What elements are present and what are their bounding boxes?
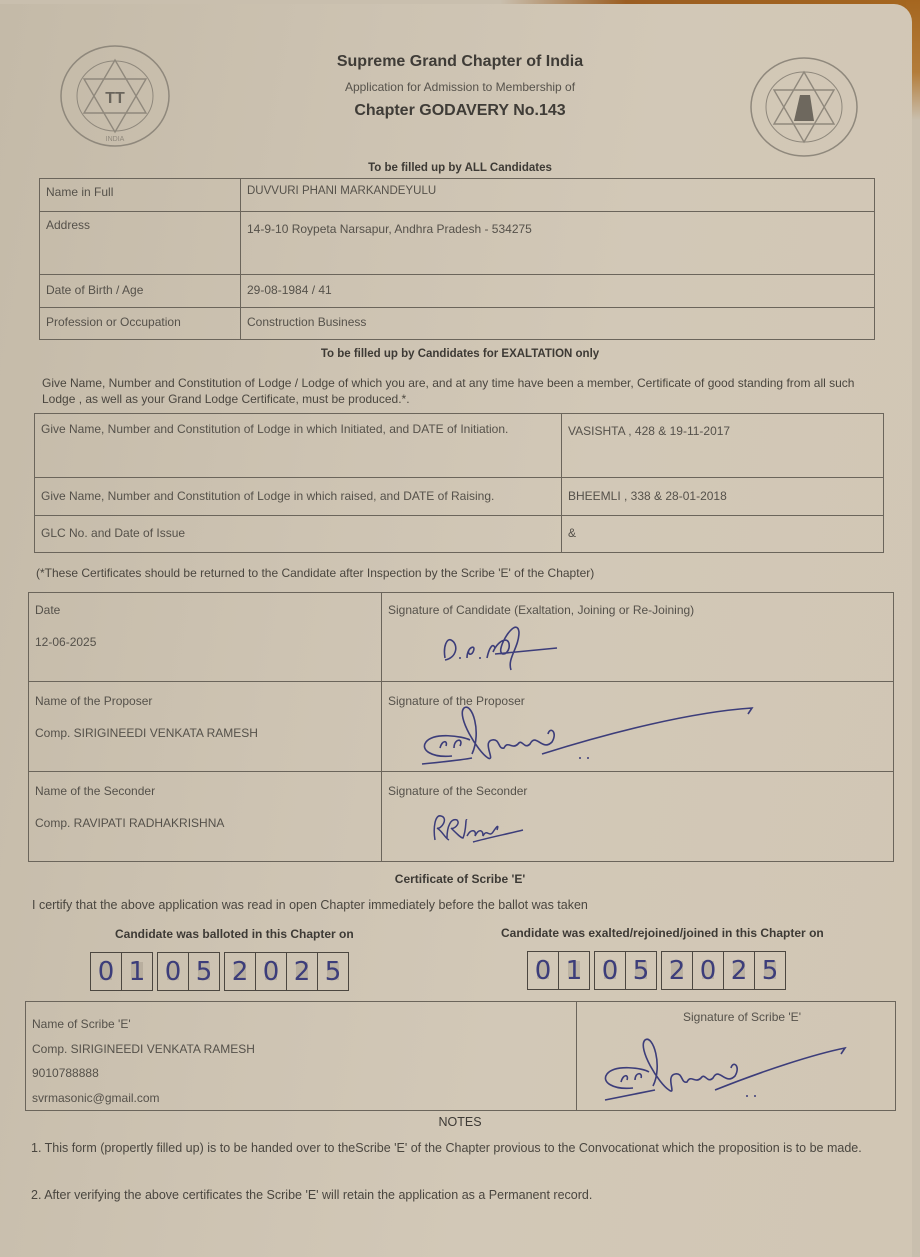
field-label: Name of the Proposer [35,694,375,708]
date-digit: 2 [286,953,317,990]
date-digit: 0 [692,952,723,989]
table-row: Date of Birth / Age 29-08-1984 / 41 [40,275,875,308]
exalted-month[interactable]: 0 5 [594,951,657,990]
note-item-1: 1. This form (propertly filled up) is to… [31,1137,897,1159]
certificate-statement: I certify that the above application was… [32,897,882,913]
field-label: Signature of Scribe 'E' [583,1010,889,1024]
field-label: Name of Scribe 'E' [32,1012,570,1037]
candidate-signature-cell: Signature of Candidate (Exaltation, Join… [382,593,894,682]
table-row: GLC No. and Date of Issue & [35,516,884,553]
field-label: Date of Birth / Age [40,275,241,308]
balloted-label: Candidate was balloted in this Chapter o… [115,927,354,941]
field-label: Signature of Candidate (Exaltation, Join… [388,603,887,617]
balloted-date-boxes: 0 1 0 5 2 0 2 5 [90,952,349,991]
date-digit: 5 [317,953,348,990]
candidate-details-table: Name in Full DUVVURI PHANI MARKANDEYULU … [39,178,875,340]
exaltation-instruction: Give Name, Number and Constitution of Lo… [42,375,882,407]
proposer-cell: Name of the Proposer Comp. SIRIGINEEDI V… [29,682,382,772]
certificate-heading: Certificate of Scribe 'E' [0,872,920,886]
scribe-details-cell: Name of Scribe 'E' Comp. SIRIGINEEDI VEN… [26,1002,577,1111]
field-label: Give Name, Number and Constitution of Lo… [35,478,562,516]
note-item-2: 2. After verifying the above certificate… [31,1187,897,1203]
lodge-details-table: Give Name, Number and Constitution of Lo… [34,413,884,553]
form-subtitle: Application for Admission to Membership … [0,80,920,94]
scribe-phone-value[interactable]: 9010788888 [32,1061,570,1086]
field-label: Name of the Seconder [35,784,375,798]
date-digit: 0 [158,953,188,990]
date-digit: 2 [723,952,754,989]
date-cell: Date 12-06-2025 [29,593,382,682]
section-heading-exaltation: To be filled up by Candidates for EXALTA… [0,348,920,360]
field-label: Give Name, Number and Constitution of Lo… [35,414,562,478]
table-row: Name of Scribe 'E' Comp. SIRIGINEEDI VEN… [26,1002,896,1111]
seconder-cell: Name of the Seconder Comp. RAVIPATI RADH… [29,772,382,862]
field-label: GLC No. and Date of Issue [35,516,562,553]
name-value[interactable]: DUVVURI PHANI MARKANDEYULU [241,179,875,212]
date-digit: 1 [558,952,589,989]
candidate-signature [437,618,567,673]
table-row: Profession or Occupation Construction Bu… [40,308,875,340]
balloted-year[interactable]: 2 0 2 5 [224,952,349,991]
table-row: Address 14-9-10 Roypeta Narsapur, Andhra… [40,212,875,275]
field-label: Address [40,212,241,275]
raising-value[interactable]: BHEEMLI , 338 & 28-01-2018 [562,478,884,516]
table-row: Name of the Proposer Comp. SIRIGINEEDI V… [29,682,894,772]
chapter-title: Chapter GODAVERY No.143 [0,102,920,120]
proposer-signature [412,692,762,772]
seconder-name-value[interactable]: Comp. RAVIPATI RADHAKRISHNA [35,816,375,830]
seconder-signature-cell: Signature of the Seconder [382,772,894,862]
field-label: Date [35,603,375,617]
dob-age-value[interactable]: 29-08-1984 / 41 [241,275,875,308]
field-label: Profession or Occupation [40,308,241,340]
certificates-footnote: (*These Certificates should be returned … [36,565,886,581]
scribe-table: Name of Scribe 'E' Comp. SIRIGINEEDI VEN… [25,1001,896,1111]
date-digit: 0 [91,953,121,990]
initiation-value[interactable]: VASISHTA , 428 & 19-11-2017 [562,414,884,478]
proposer-signature-cell: Signature of the Proposer [382,682,894,772]
scribe-email-value[interactable]: svrmasonic@gmail.com [32,1086,570,1111]
glc-value[interactable]: & [562,516,884,553]
exalted-date-boxes: 0 1 0 5 2 0 2 5 [527,951,786,990]
balloted-day[interactable]: 0 1 [90,952,153,991]
table-row: Date 12-06-2025 Signature of Candidate (… [29,593,894,682]
table-row: Give Name, Number and Constitution of Lo… [35,478,884,516]
scribe-signature [595,1030,855,1106]
exalted-label: Candidate was exalted/rejoined/joined in… [501,926,824,940]
date-digit: 2 [662,952,692,989]
date-digit: 5 [754,952,785,989]
field-label: Name in Full [40,179,241,212]
address-value[interactable]: 14-9-10 Roypeta Narsapur, Andhra Pradesh… [241,212,875,275]
exalted-year[interactable]: 2 0 2 5 [661,951,786,990]
notes-heading: NOTES [0,1115,920,1129]
table-row: Give Name, Number and Constitution of Lo… [35,414,884,478]
exalted-day[interactable]: 0 1 [527,951,590,990]
application-date-value[interactable]: 12-06-2025 [35,635,375,649]
date-digit: 5 [625,952,656,989]
occupation-value[interactable]: Construction Business [241,308,875,340]
date-digit: 2 [225,953,255,990]
scribe-signature-cell: Signature of Scribe 'E' [577,1002,896,1111]
table-row: Name in Full DUVVURI PHANI MARKANDEYULU [40,179,875,212]
proposer-name-value[interactable]: Comp. SIRIGINEEDI VENKATA RAMESH [35,726,375,740]
organization-title: Supreme Grand Chapter of India [0,53,920,71]
svg-text:INDIA: INDIA [106,136,125,143]
date-digit: 0 [595,952,625,989]
date-digit: 5 [188,953,219,990]
scribe-name-value[interactable]: Comp. SIRIGINEEDI VENKATA RAMESH [32,1037,570,1062]
signatures-table: Date 12-06-2025 Signature of Candidate (… [28,592,894,862]
seconder-signature [427,808,537,848]
field-label: Signature of the Seconder [388,784,887,798]
table-row: Name of the Seconder Comp. RAVIPATI RADH… [29,772,894,862]
section-heading-all: To be filled up by ALL Candidates [0,162,920,174]
date-digit: 1 [121,953,152,990]
date-digit: 0 [255,953,286,990]
date-digit: 0 [528,952,558,989]
balloted-month[interactable]: 0 5 [157,952,220,991]
